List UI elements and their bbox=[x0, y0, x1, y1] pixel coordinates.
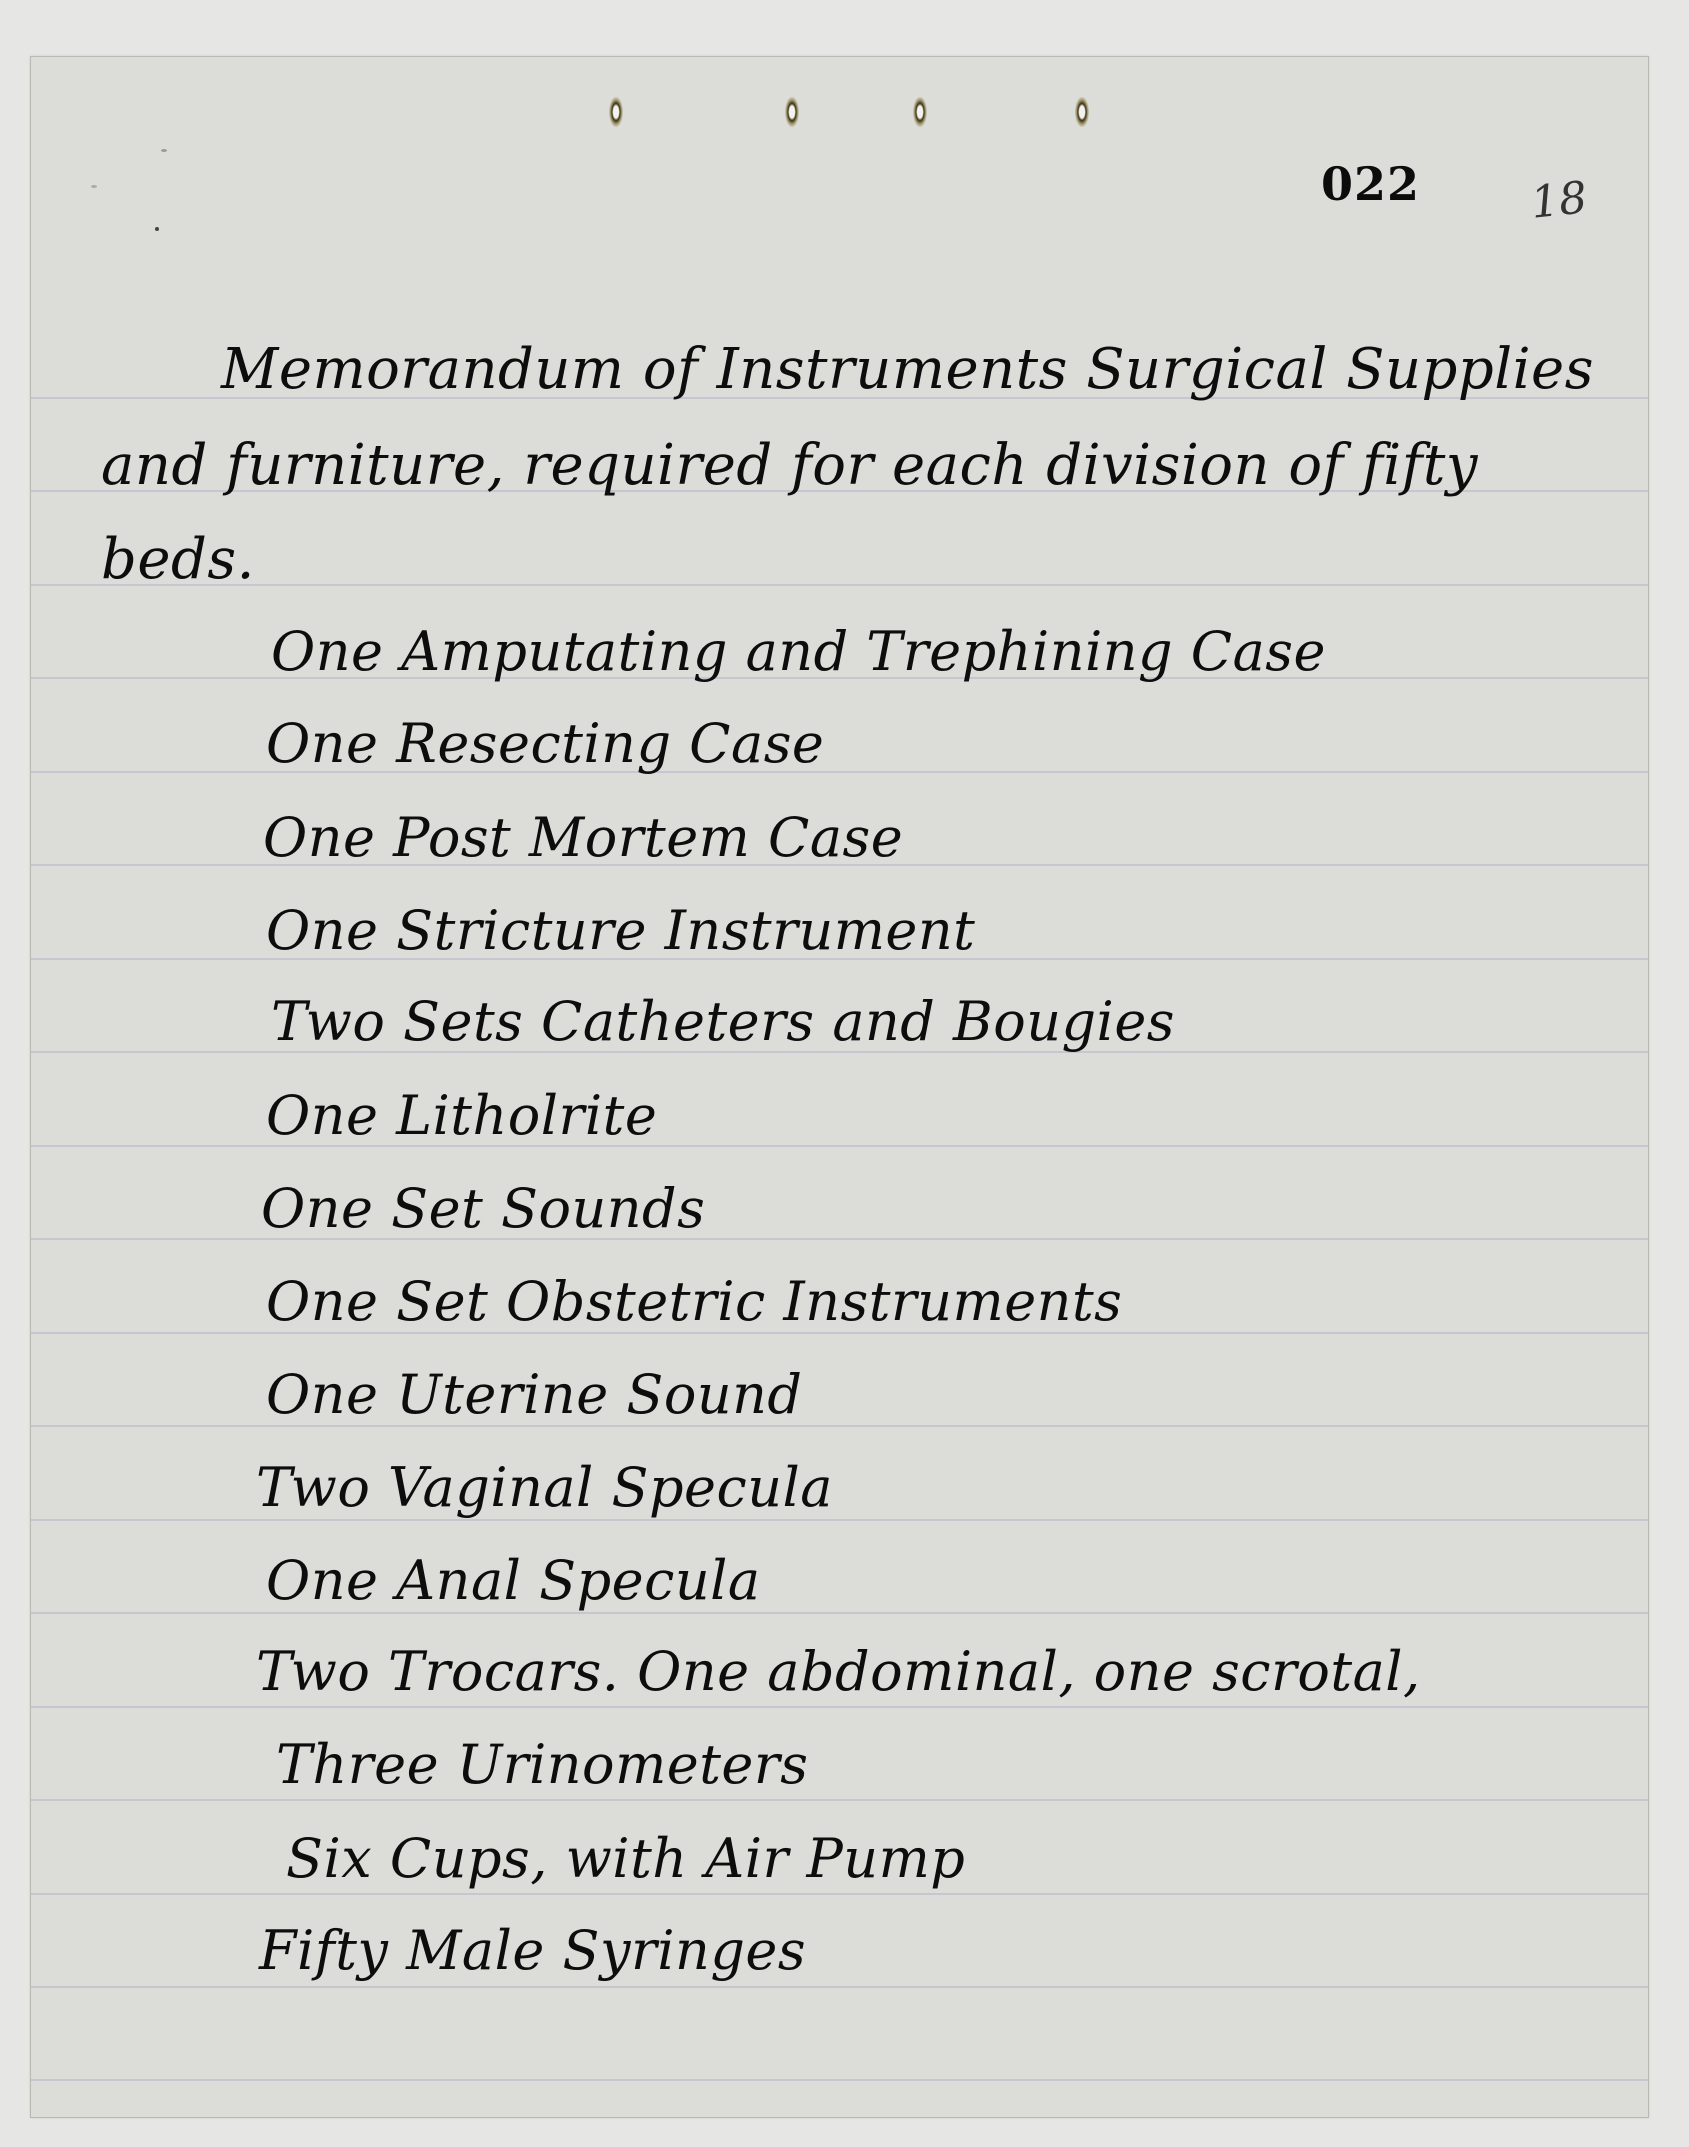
ruled-line bbox=[31, 1986, 1648, 1988]
ruled-line bbox=[31, 1799, 1648, 1801]
ruled-line bbox=[31, 2079, 1648, 2081]
heading-line-2: and furniture, required for each divisio… bbox=[101, 433, 1478, 498]
binding-hole bbox=[609, 97, 623, 127]
ruled-line bbox=[31, 1706, 1648, 1708]
list-item: One Resecting Case bbox=[266, 712, 824, 775]
list-item: Six Cups, with Air Pump bbox=[286, 1827, 965, 1890]
list-item: Fifty Male Syringes bbox=[259, 1919, 806, 1982]
ruled-line bbox=[31, 1519, 1648, 1521]
ruled-line bbox=[31, 584, 1648, 586]
paper-speck bbox=[91, 185, 97, 188]
list-item: Three Urinometers bbox=[276, 1733, 808, 1796]
heading-line-3: beds. bbox=[101, 527, 255, 592]
list-item: One Post Mortem Case bbox=[263, 806, 903, 869]
document-page: 022 18 Memorandum of Instruments Surgica… bbox=[30, 56, 1649, 2118]
list-item: One Litholrite bbox=[266, 1084, 657, 1147]
binding-hole bbox=[785, 97, 799, 127]
list-item: One Set Obstetric Instruments bbox=[266, 1270, 1122, 1333]
ruled-line bbox=[31, 1612, 1648, 1614]
paper-speck bbox=[155, 227, 159, 231]
list-item: One Uterine Sound bbox=[266, 1363, 802, 1426]
binding-hole bbox=[913, 97, 927, 127]
list-item: One Set Sounds bbox=[261, 1177, 705, 1240]
list-item: One Anal Specula bbox=[266, 1549, 761, 1612]
heading-line-1: Memorandum of Instruments Surgical Suppl… bbox=[221, 337, 1594, 402]
list-item: Two Vaginal Specula bbox=[256, 1456, 833, 1519]
folio-number: 18 bbox=[1528, 172, 1589, 229]
list-item: Two Trocars. One abdominal, one scrotal, bbox=[256, 1640, 1421, 1703]
paper-speck bbox=[161, 149, 167, 152]
page-stamp-number: 022 bbox=[1321, 157, 1420, 211]
list-item: Two Sets Catheters and Bougies bbox=[271, 990, 1175, 1053]
list-item: One Amputating and Trephining Case bbox=[271, 620, 1326, 683]
ruled-line bbox=[31, 1893, 1648, 1895]
list-item: One Stricture Instrument bbox=[266, 899, 975, 962]
binding-hole bbox=[1075, 97, 1089, 127]
